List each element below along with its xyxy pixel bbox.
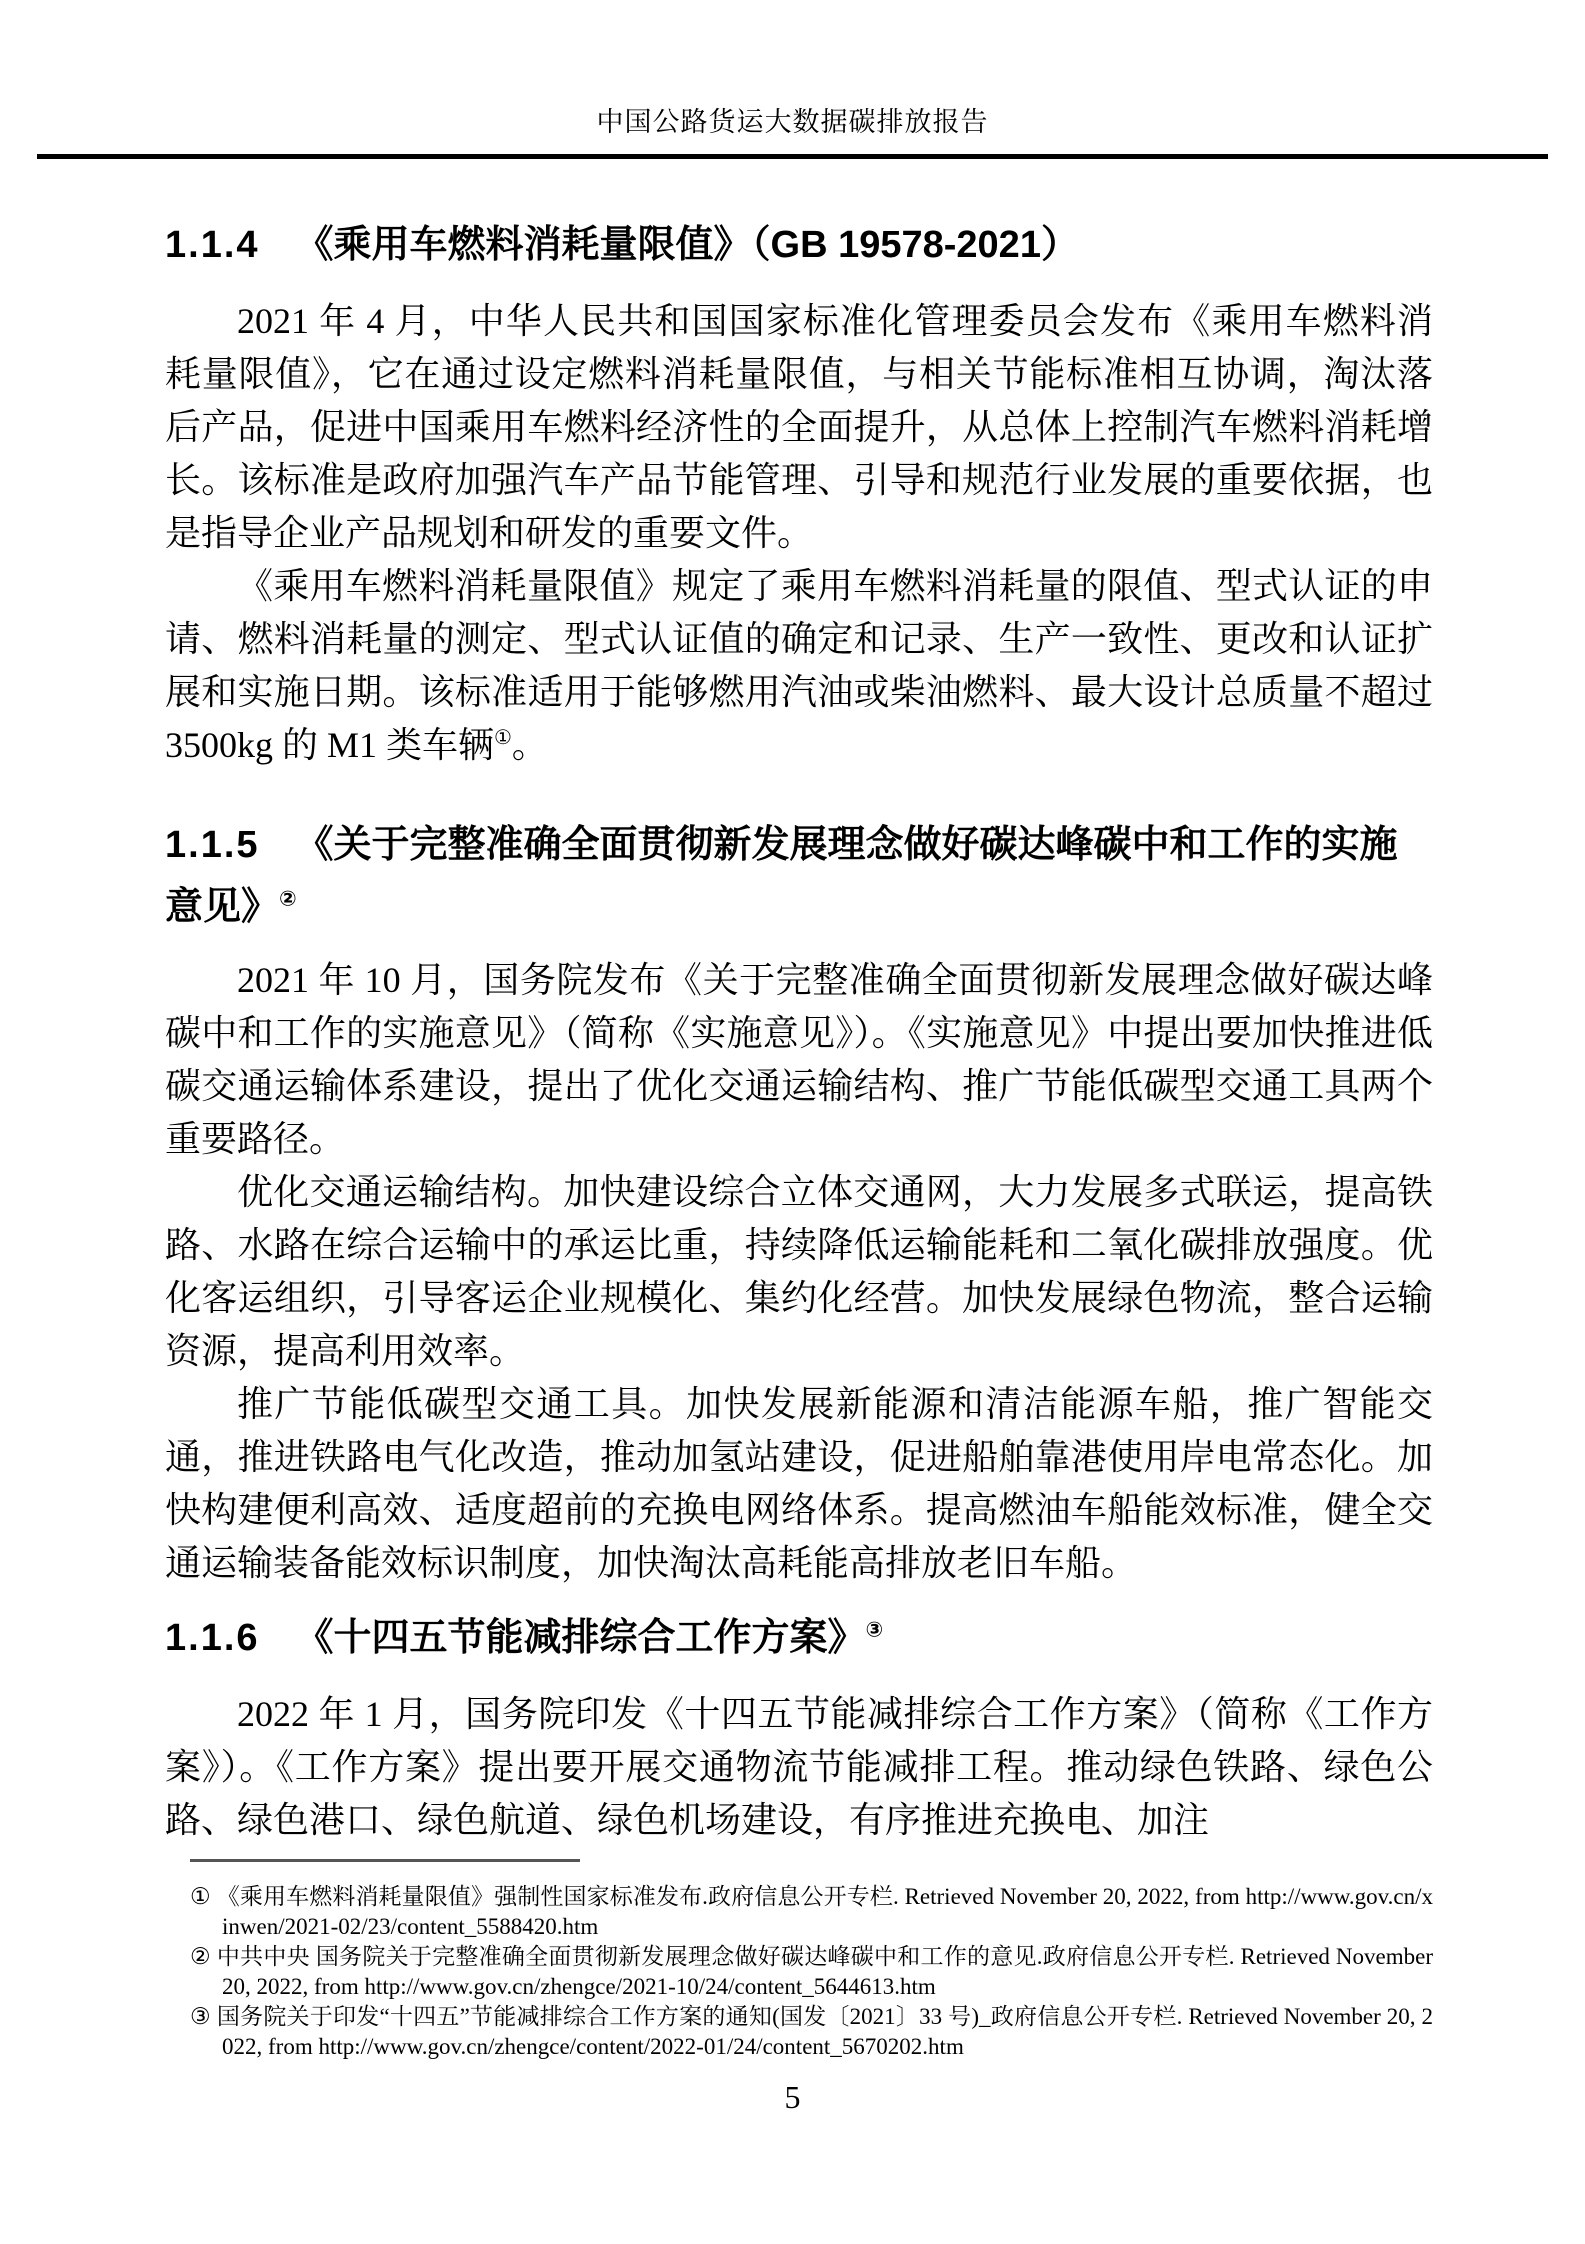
footnote-text: 国务院关于印发“十四五”节能减排综合工作方案的通知(国发〔2021〕33 号)_… [217,2004,1433,2059]
section-number: 1.1.5 [165,824,260,866]
section-number: 1.1.4 [165,224,260,266]
section-number: 1.1.6 [165,1617,260,1659]
paragraph: 优化交通运输结构。加快建设综合立体交通网，大力发展多式联运，提高铁路、水路在综合… [165,1166,1433,1378]
paragraph-text: 《乘用车燃料消耗量限值》规定了乘用车燃料消耗量的限值、型式认证的申请、燃料消耗量… [165,566,1433,765]
footnotes-section: ①《乘用车燃料消耗量限值》强制性国家标准发布.政府信息公开专栏. Retriev… [190,1859,1433,2062]
footnote-marker: ② [190,1944,211,1969]
paragraph-text: 2021 年 4 月，中华人民共和国国家标准化管理委员会发布《乘用车燃料消耗量限… [165,301,1433,553]
footnote-3: ③国务院关于印发“十四五”节能减排综合工作方案的通知(国发〔2021〕33 号)… [190,2002,1433,2062]
document-body: 1.1.4《乘用车燃料消耗量限值》（GB 19578-2021） 2021 年 … [165,219,1433,1847]
footnote-ref: ② [279,887,297,910]
paragraph: 《乘用车燃料消耗量限值》规定了乘用车燃料消耗量的限值、型式认证的申请、燃料消耗量… [165,560,1433,772]
paragraph-text: 2022 年 1 月，国务院印发《十四五节能减排综合工作方案》（简称《工作方案》… [165,1694,1433,1840]
footnote-separator-rule [190,1859,580,1862]
footnote-marker: ③ [190,2004,211,2029]
paragraph: 2021 年 4 月，中华人民共和国国家标准化管理委员会发布《乘用车燃料消耗量限… [165,295,1433,560]
paragraph: 2022 年 1 月，国务院印发《十四五节能减排综合工作方案》（简称《工作方案》… [165,1688,1433,1847]
footnote-ref: ③ [866,1618,884,1641]
paragraph: 推广节能低碳型交通工具。加快发展新能源和清洁能源车船，推广智能交通，推进铁路电气… [165,1378,1433,1590]
footnote-text: 中共中央 国务院关于完整准确全面贯彻新发展理念做好碳达峰碳中和工作的意见.政府信… [217,1944,1433,1999]
section-title: 《关于完整准确全面贯彻新发展理念做好碳达峰碳中和工作的实施意见》 [165,824,1398,928]
footnote-2: ②中共中央 国务院关于完整准确全面贯彻新发展理念做好碳达峰碳中和工作的意见.政府… [190,1942,1433,2002]
page-number: 5 [0,2079,1585,2116]
paragraph-text: 推广节能低碳型交通工具。加快发展新能源和清洁能源车船，推广智能交通，推进铁路电气… [165,1384,1433,1583]
section-heading-1-1-4: 1.1.4《乘用车燃料消耗量限值》（GB 19578-2021） [165,219,1433,271]
footnote-1: ①《乘用车燃料消耗量限值》强制性国家标准发布.政府信息公开专栏. Retriev… [190,1882,1433,1942]
document-page: 中国公路货运大数据碳排放报告 1.1.4《乘用车燃料消耗量限值》（GB 1957… [0,0,1585,2244]
paragraph-text: 优化交通运输结构。加快建设综合立体交通网，大力发展多式联运，提高铁路、水路在综合… [165,1172,1433,1371]
section-title: 《乘用车燃料消耗量限值》（GB 19578-2021） [296,224,1079,266]
section-title: 《十四五节能减排综合工作方案》 [296,1617,866,1659]
footnote-ref: ① [494,727,512,749]
paragraph-text: 2021 年 10 月，国务院发布《关于完整准确全面贯彻新发展理念做好碳达峰碳中… [165,960,1433,1159]
footnote-text: 《乘用车燃料消耗量限值》强制性国家标准发布.政府信息公开专栏. Retrieve… [217,1884,1433,1939]
running-header: 中国公路货运大数据碳排放报告 [0,0,1585,140]
section-heading-1-1-6: 1.1.6《十四五节能减排综合工作方案》③ [165,1612,1433,1664]
header-rule [37,154,1548,159]
paragraph-tail: 。 [512,725,548,765]
paragraph: 2021 年 10 月，国务院发布《关于完整准确全面贯彻新发展理念做好碳达峰碳中… [165,954,1433,1166]
section-heading-1-1-5: 1.1.5《关于完整准确全面贯彻新发展理念做好碳达峰碳中和工作的实施意见》② [165,814,1433,938]
footnote-marker: ① [190,1884,211,1909]
